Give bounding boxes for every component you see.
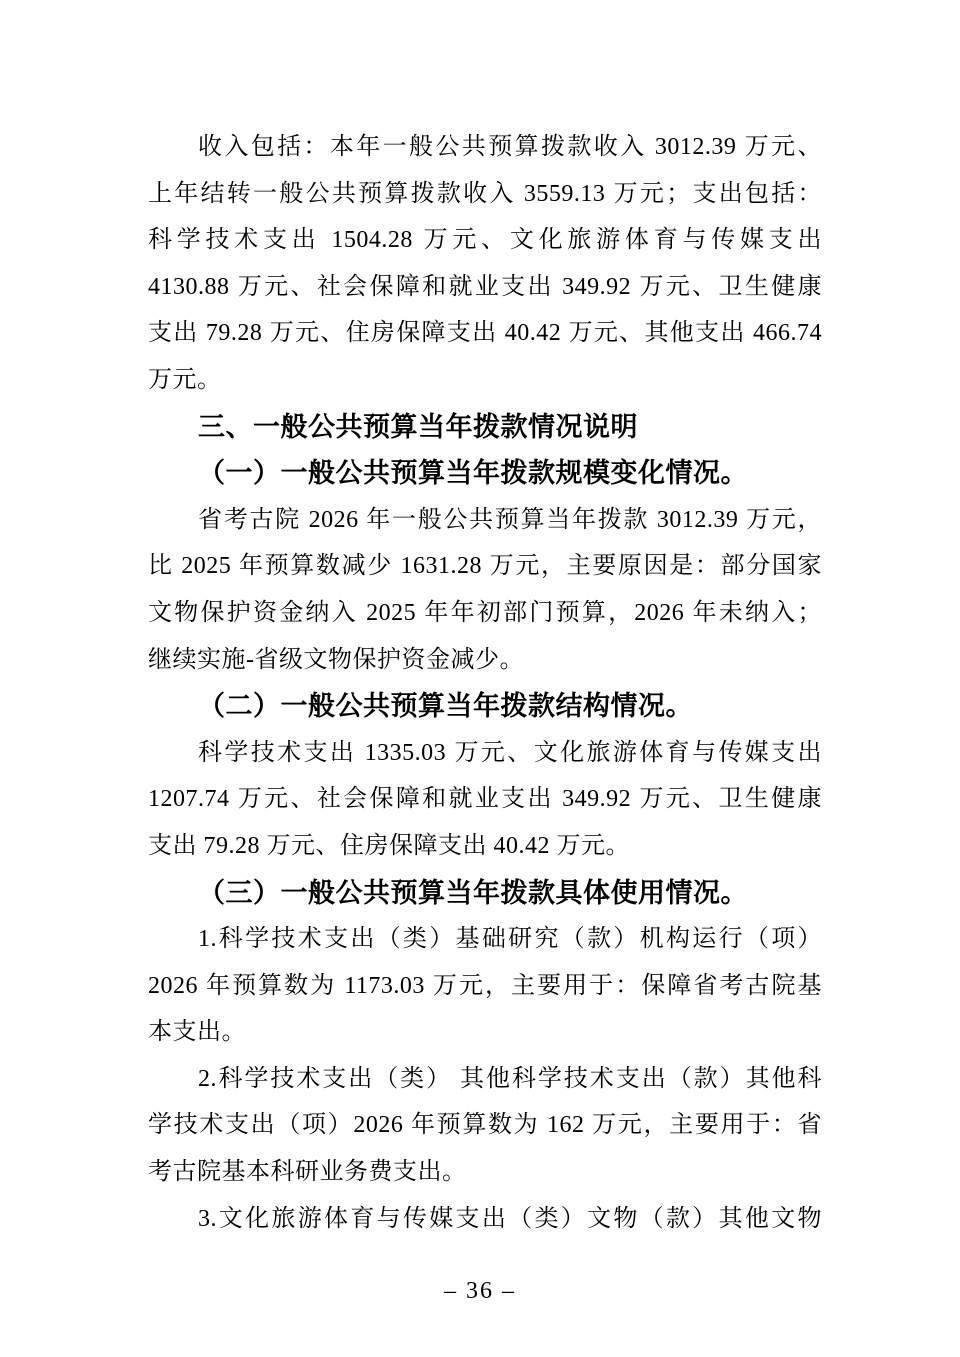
body-line: 万元。: [148, 357, 822, 404]
body-line: 支出 79.28 万元、住房保障支出 40.42 万元、其他支出 466.74: [148, 310, 822, 357]
body-line: 学技术支出（项）2026 年预算数为 162 万元，主要用于：省: [148, 1102, 822, 1149]
body-line: 科学技术支出 1504.28 万元、文化旅游体育与传媒支出: [148, 217, 822, 264]
heading-subsection-1: （一）一般公共预算当年拨款规模变化情况。: [148, 450, 822, 497]
body-line: 考古院基本科研业务费支出。: [148, 1149, 822, 1196]
body-line: 上年结转一般公共预算拨款收入 3559.13 万元；支出包括：: [148, 171, 822, 218]
heading-subsection-3: （三）一般公共预算当年拨款具体使用情况。: [148, 870, 822, 917]
body-line: 1.科学技术支出（类）基础研究（款）机构运行（项）: [148, 916, 822, 963]
heading-section-3: 三、一般公共预算当年拨款情况说明: [148, 404, 822, 451]
document-page: 收入包括：本年一般公共预算拨款收入 3012.39 万元、 上年结转一般公共预算…: [0, 0, 960, 1357]
page-number: – 36 –: [0, 1271, 960, 1311]
body-line: 文物保护资金纳入 2025 年年初部门预算，2026 年未纳入；: [148, 590, 822, 637]
heading-subsection-2: （二）一般公共预算当年拨款结构情况。: [148, 683, 822, 730]
body-line: 3.文化旅游体育与传媒支出（类）文物（款）其他文物: [148, 1196, 822, 1243]
body-line: 比 2025 年预算数减少 1631.28 万元，主要原因是：部分国家: [148, 543, 822, 590]
body-line: 4130.88 万元、社会保障和就业支出 349.92 万元、卫生健康: [148, 264, 822, 311]
body-line: 1207.74 万元、社会保障和就业支出 349.92 万元、卫生健康: [148, 776, 822, 823]
body-line: 2026 年预算数为 1173.03 万元，主要用于：保障省考古院基: [148, 963, 822, 1010]
document-body: 收入包括：本年一般公共预算拨款收入 3012.39 万元、 上年结转一般公共预算…: [148, 124, 822, 1242]
body-line: 科学技术支出 1335.03 万元、文化旅游体育与传媒支出: [148, 730, 822, 777]
body-line: 省考古院 2026 年一般公共预算当年拨款 3012.39 万元，: [148, 497, 822, 544]
body-line: 收入包括：本年一般公共预算拨款收入 3012.39 万元、: [148, 124, 822, 171]
body-line: 本支出。: [148, 1009, 822, 1056]
body-line: 支出 79.28 万元、住房保障支出 40.42 万元。: [148, 823, 822, 870]
body-line: 继续实施-省级文物保护资金减少。: [148, 637, 822, 684]
body-line: 2.科学技术支出（类） 其他科学技术支出（款）其他科: [148, 1056, 822, 1103]
